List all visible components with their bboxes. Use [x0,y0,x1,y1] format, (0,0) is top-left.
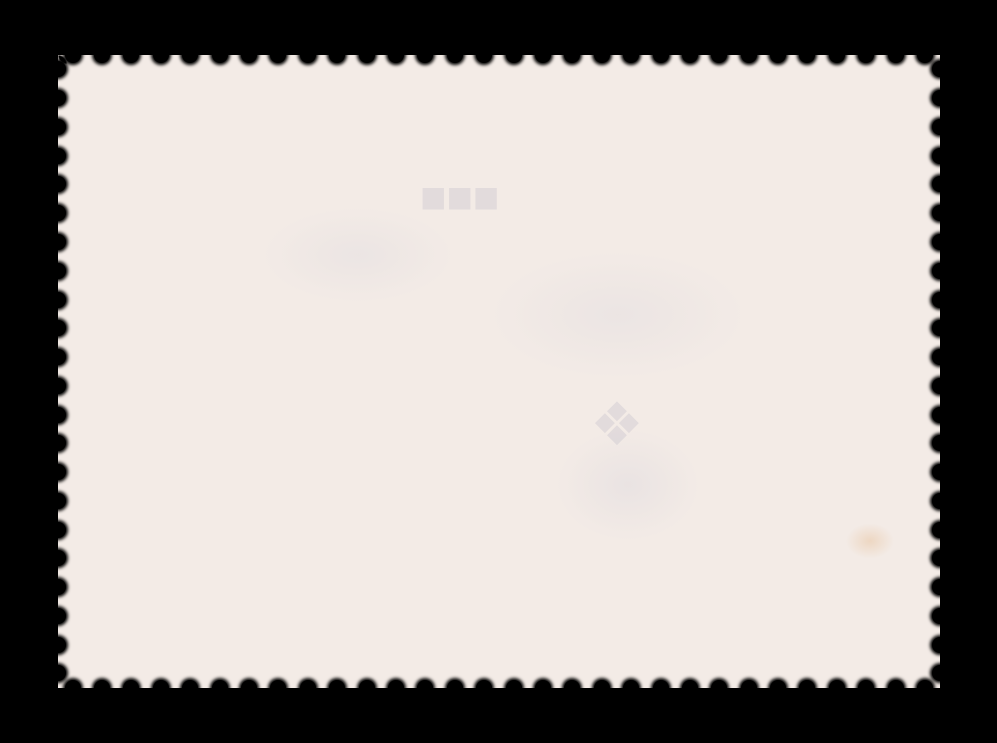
stamp-back [58,55,940,688]
perforation-bottom [58,680,940,696]
perforation-top [58,47,940,63]
perforation-left [50,55,66,688]
perforation-right [932,55,948,688]
